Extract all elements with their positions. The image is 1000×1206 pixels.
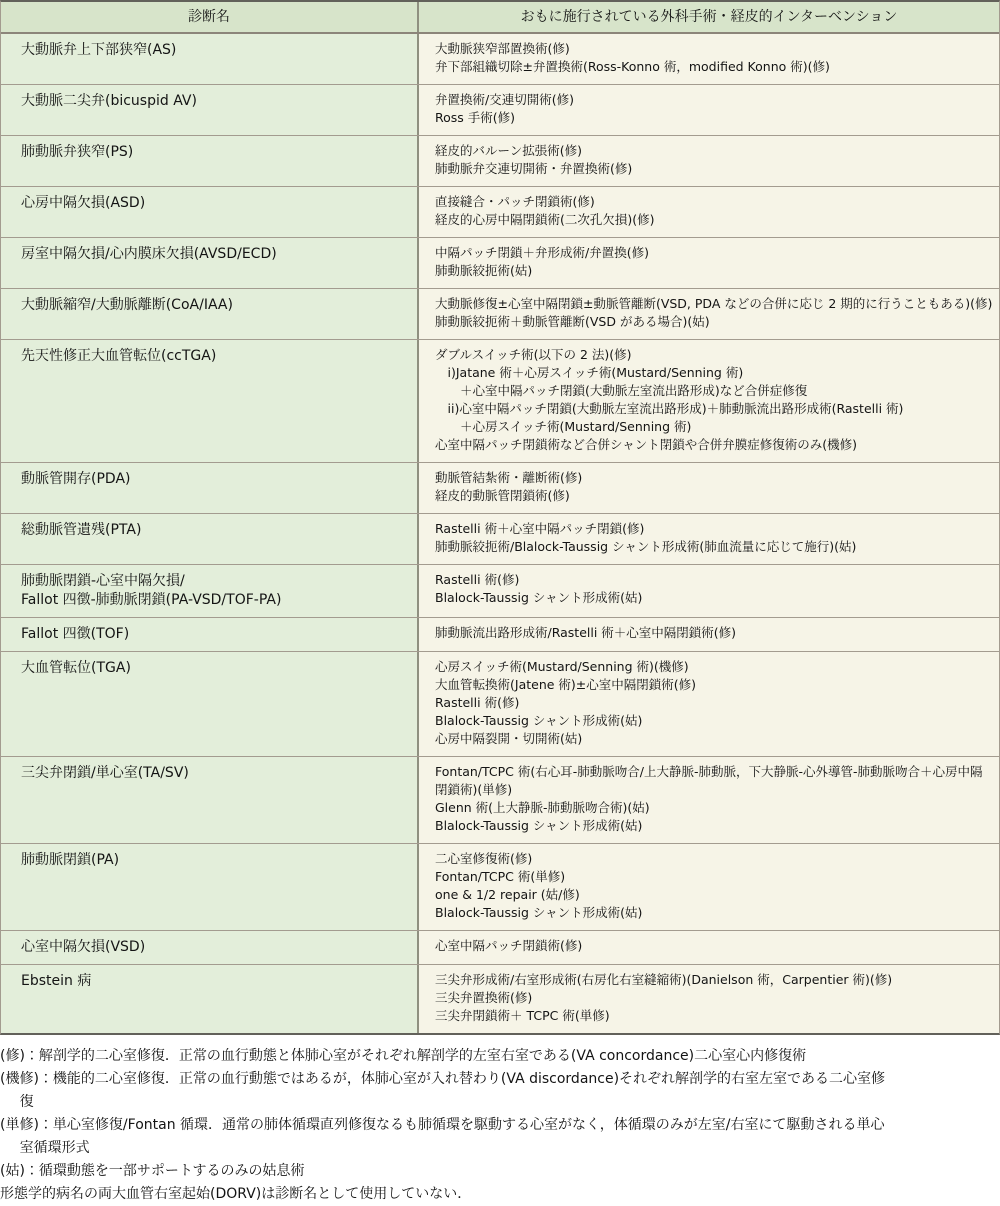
table-row: 先天性修正大血管転位(ccTGA)ダブルスイッチ術(以下の 2 法)(修) i)… (1, 339, 999, 462)
diagnosis-cell: Fallot 四徴(TOF) (1, 618, 417, 651)
table-row: Ebstein 病三尖弁形成術/右室形成術(右房化右室縫縮術)(Danielso… (1, 964, 999, 1033)
procedures-cell: 弁置換術/交連切開術(修) Ross 手術(修) (417, 85, 999, 135)
diagnosis-cell: 肺動脈閉鎖(PA) (1, 844, 417, 930)
diagnosis-cell: 心房中隔欠損(ASD) (1, 187, 417, 237)
procedures-cell: 心室中隔パッチ閉鎖術(修) (417, 931, 999, 964)
procedures-cell: Fontan/TCPC 術(右心耳-肺動脈吻合/上大静脈-肺動脈，下大静脈-心外… (417, 757, 999, 843)
procedures-cell: 直接縫合・パッチ閉鎖術(修) 経皮的心房中隔閉鎖術(二次孔欠損)(修) (417, 187, 999, 237)
table-header-row: 診断名 おもに施行されている外科手術・経皮的インターベンション (1, 2, 999, 32)
table-row: 総動脈管遺残(PTA)Rastelli 術＋心室中隔パッチ閉鎖(修) 肺動脈絞扼… (1, 513, 999, 564)
table-row: 肺動脈閉鎖-心室中隔欠損/ Fallot 四徴-肺動脈閉鎖(PA-VSD/TOF… (1, 564, 999, 617)
footnote: (機修)：機能的二心室修復．正常の血行動態ではあるが，体肺心室が入れ替わり(VA… (0, 1068, 1000, 1114)
procedures-cell: Rastelli 術(修) Blalock-Taussig シャント形成術(姑) (417, 565, 999, 617)
footnotes: (修)：解剖学的二心室修復．正常の血行動態と体肺心室がそれぞれ解剖学的左室右室で… (0, 1035, 1000, 1206)
table-row: Fallot 四徴(TOF)肺動脈流出路形成術/Rastelli 術＋心室中隔閉… (1, 617, 999, 651)
diagnosis-cell: 房室中隔欠損/心内膜床欠損(AVSD/ECD) (1, 238, 417, 288)
procedures-cell: 動脈管結紮術・離断術(修) 経皮的動脈管閉鎖術(修) (417, 463, 999, 513)
table-row: 心室中隔欠損(VSD)心室中隔パッチ閉鎖術(修) (1, 930, 999, 964)
table-row: 房室中隔欠損/心内膜床欠損(AVSD/ECD)中隔パッチ閉鎖＋弁形成術/弁置換(… (1, 237, 999, 288)
footnote: (姑)：循環動態を一部サポートするのみの姑息術 (0, 1160, 1000, 1183)
diagnosis-cell: 三尖弁閉鎖/単心室(TA/SV) (1, 757, 417, 843)
procedures-cell: Rastelli 術＋心室中隔パッチ閉鎖(修) 肺動脈絞扼術/Blalock-T… (417, 514, 999, 564)
diagnosis-procedures-table: 診断名 おもに施行されている外科手術・経皮的インターベンション 大動脈弁上下部狭… (0, 0, 1000, 1035)
procedures-cell: 中隔パッチ閉鎖＋弁形成術/弁置換(修) 肺動脈絞扼術(姑) (417, 238, 999, 288)
column-header-procedures: おもに施行されている外科手術・経皮的インターベンション (417, 2, 999, 32)
procedures-cell: 大動脈修復±心室中隔閉鎖±動脈管離断(VSD, PDA などの合併に応じ 2 期… (417, 289, 999, 339)
table-row: 肺動脈閉鎖(PA)二心室修復術(修) Fontan/TCPC 術(単修) one… (1, 843, 999, 930)
table-row: 動脈管開存(PDA)動脈管結紮術・離断術(修) 経皮的動脈管閉鎖術(修) (1, 462, 999, 513)
diagnosis-cell: Ebstein 病 (1, 965, 417, 1033)
procedures-cell: 三尖弁形成術/右室形成術(右房化右室縫縮術)(Danielson 術，Carpe… (417, 965, 999, 1033)
procedures-cell: 肺動脈流出路形成術/Rastelli 術＋心室中隔閉鎖術(修) (417, 618, 999, 651)
diagnosis-cell: 動脈管開存(PDA) (1, 463, 417, 513)
table-row: 大動脈縮窄/大動脈離断(CoA/IAA)大動脈修復±心室中隔閉鎖±動脈管離断(V… (1, 288, 999, 339)
diagnosis-cell: 大血管転位(TGA) (1, 652, 417, 756)
table-row: 心房中隔欠損(ASD)直接縫合・パッチ閉鎖術(修) 経皮的心房中隔閉鎖術(二次孔… (1, 186, 999, 237)
footnote: (単修)：単心室修復/Fontan 循環．通常の肺体循環直列修復なるも肺循環を駆… (0, 1114, 1000, 1160)
diagnosis-cell: 大動脈二尖弁(bicuspid AV) (1, 85, 417, 135)
table-row: 肺動脈弁狭窄(PS)経皮的バルーン拡張術(修) 肺動脈弁交連切開術・弁置換術(修… (1, 135, 999, 186)
diagnosis-cell: 心室中隔欠損(VSD) (1, 931, 417, 964)
table-row: 大動脈二尖弁(bicuspid AV)弁置換術/交連切開術(修) Ross 手術… (1, 84, 999, 135)
diagnosis-cell: 総動脈管遺残(PTA) (1, 514, 417, 564)
procedures-cell: ダブルスイッチ術(以下の 2 法)(修) i)Jatane 術＋心房スイッチ術(… (417, 340, 999, 462)
procedures-cell: 心房スイッチ術(Mustard/Senning 術)(機修) 大血管転換術(Ja… (417, 652, 999, 756)
table-row: 大血管転位(TGA)心房スイッチ術(Mustard/Senning 術)(機修)… (1, 651, 999, 756)
procedures-cell: 二心室修復術(修) Fontan/TCPC 術(単修) one & 1/2 re… (417, 844, 999, 930)
table-row: 大動脈弁上下部狭窄(AS)大動脈狭窄部置換術(修) 弁下部組織切除±弁置換術(R… (1, 32, 999, 84)
diagnosis-cell: 大動脈縮窄/大動脈離断(CoA/IAA) (1, 289, 417, 339)
procedures-cell: 大動脈狭窄部置換術(修) 弁下部組織切除±弁置換術(Ross-Konno 術，m… (417, 34, 999, 84)
diagnosis-cell: 大動脈弁上下部狭窄(AS) (1, 34, 417, 84)
table-row: 三尖弁閉鎖/単心室(TA/SV)Fontan/TCPC 術(右心耳-肺動脈吻合/… (1, 756, 999, 843)
table-body: 大動脈弁上下部狭窄(AS)大動脈狭窄部置換術(修) 弁下部組織切除±弁置換術(R… (1, 32, 999, 1033)
diagnosis-cell: 肺動脈閉鎖-心室中隔欠損/ Fallot 四徴-肺動脈閉鎖(PA-VSD/TOF… (1, 565, 417, 617)
diagnosis-cell: 先天性修正大血管転位(ccTGA) (1, 340, 417, 462)
column-header-diagnosis: 診断名 (1, 2, 417, 32)
footnote: (修)：解剖学的二心室修復．正常の血行動態と体肺心室がそれぞれ解剖学的左室右室で… (0, 1045, 1000, 1068)
procedures-cell: 経皮的バルーン拡張術(修) 肺動脈弁交連切開術・弁置換術(修) (417, 136, 999, 186)
footnote: 形態学的病名の両大血管右室起始(DORV)は診断名として使用していない． (0, 1183, 1000, 1206)
diagnosis-cell: 肺動脈弁狭窄(PS) (1, 136, 417, 186)
